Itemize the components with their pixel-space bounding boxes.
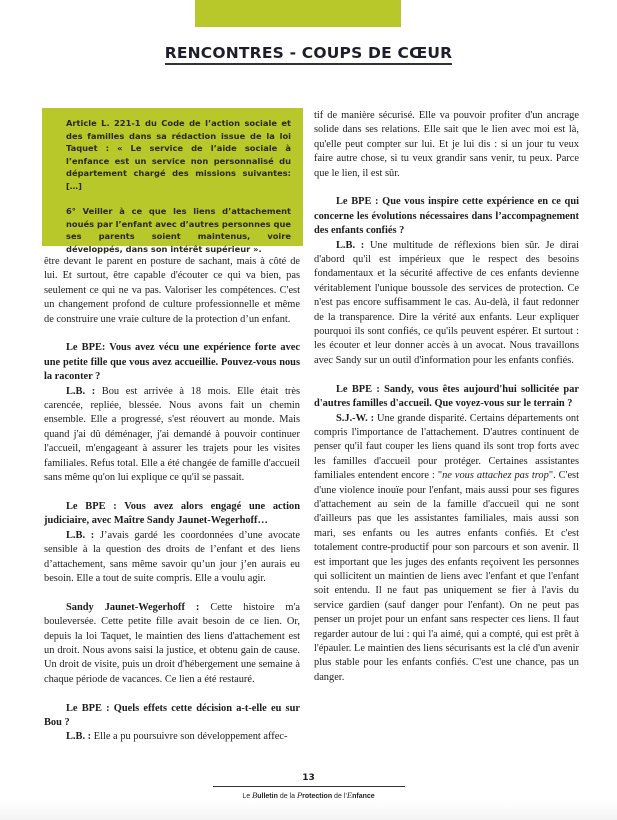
answer-text: Elle a pu poursuivre son développement a… xyxy=(91,731,287,742)
speaker-label: L.B. : xyxy=(66,386,95,397)
brand-word: de l’ xyxy=(332,793,347,800)
interview-question: Le BPE : Que vous inspire cette expérien… xyxy=(314,195,579,238)
page-footer: 13 Le Bulletin de la Protection de l’Enf… xyxy=(0,773,617,800)
interview-answer: L.B. : Une multitude de réflexions bien … xyxy=(314,239,579,369)
legal-excerpt-box: Article L. 221-1 du Code de l’action soc… xyxy=(42,108,303,246)
brand-word: ulletin xyxy=(257,793,278,800)
answer-text: ". C'est d'une violence inouïe pour l'en… xyxy=(314,470,579,683)
section-title: RENCONTRES - COUPS DE CŒUR xyxy=(0,44,617,63)
interview-question: Le BPE : Quels effets cette décision a-t… xyxy=(44,702,300,731)
legal-excerpt-intro: Article L. 221-1 du Code de l’action soc… xyxy=(66,117,291,193)
footer-divider xyxy=(213,786,405,787)
speaker-label: L.B. : xyxy=(66,731,91,742)
page-edge-shadow xyxy=(0,800,617,820)
interview-answer: L.B. : J’avais gardé les coordonnées d’u… xyxy=(44,529,300,587)
speaker-label: S.J.-W. : xyxy=(336,413,374,424)
right-column: tif de manière sécurisé. Elle va pouvoir… xyxy=(314,109,579,685)
answer-text: Bou est arrivée à 18 mois. Elle était tr… xyxy=(44,386,300,483)
brand-word: rotection xyxy=(302,793,332,800)
header-color-band xyxy=(195,0,401,27)
answer-text: Une multitude de réflexions bien sûr. Je… xyxy=(314,240,579,366)
publication-name: Le Bulletin de la Protection de l’Enfanc… xyxy=(0,790,617,800)
interview-answer: L.B. : Bou est arrivée à 18 mois. Elle é… xyxy=(44,385,300,486)
answer-text: Cette histoire m'a bouleversée. Cette pe… xyxy=(44,602,300,685)
brand-word: de la xyxy=(278,793,297,800)
interview-question: Le BPE : Vous avez alors engagé une acti… xyxy=(44,500,300,529)
speaker-label: Sandy Jaunet-Wegerhoff : xyxy=(66,602,199,613)
interview-answer: Sandy Jaunet-Wegerhoff : Cette histoire … xyxy=(44,601,300,687)
interview-answer: S.J.-W. : Une grande disparité. Certains… xyxy=(314,412,579,686)
interview-question: Le BPE: Vous avez vécu une expérience fo… xyxy=(44,341,300,384)
page-number: 13 xyxy=(0,773,617,783)
speaker-label: L.B. : xyxy=(336,240,364,251)
interview-question: Le BPE : Sandy, vous êtes aujourd'hui so… xyxy=(314,383,579,412)
interview-answer: L.B. : Elle a pu poursuivre son développ… xyxy=(44,730,300,744)
paragraph: tif de manière sécurisé. Elle va pouvoir… xyxy=(314,109,579,181)
left-column: être devant le parent en posture de sach… xyxy=(44,255,300,745)
paragraph: être devant le parent en posture de sach… xyxy=(44,255,300,327)
quoted-phrase: ne vous attachez pas trop xyxy=(442,470,549,481)
section-title-text: RENCONTRES - COUPS DE CŒUR xyxy=(165,44,453,65)
brand-word: Le xyxy=(242,793,252,800)
speaker-label: L.B. : xyxy=(66,530,94,541)
brand-word: nfance xyxy=(352,793,375,800)
legal-excerpt-article: 6° Veiller à ce que les liens d’attachem… xyxy=(66,205,291,255)
